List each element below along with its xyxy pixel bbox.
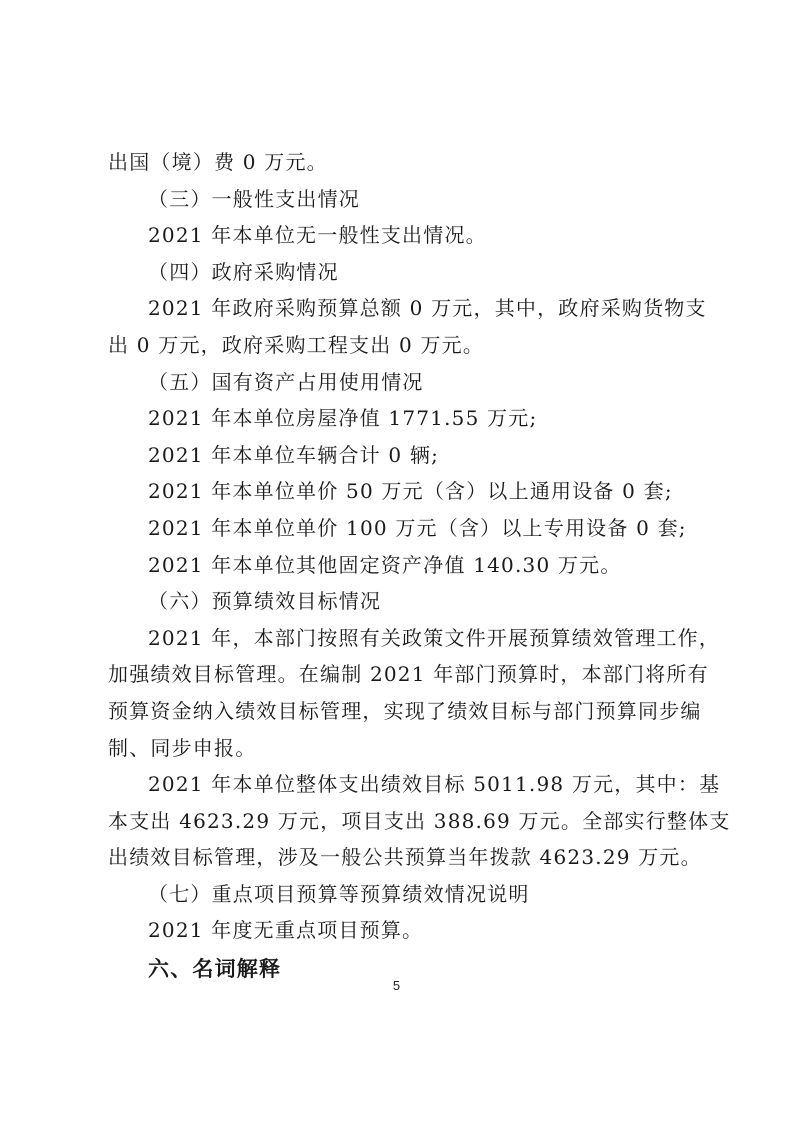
page-number: 5 xyxy=(0,978,793,993)
paragraph-line: 2021 年本单位单价 50 万元（含）以上通用设备 0 套; xyxy=(108,473,696,510)
section-subheading-general-expenditure: （三）一般性支出情况 xyxy=(108,181,696,218)
text-line-continuation: 制、同步申报。 xyxy=(108,730,696,767)
paragraph-line: 2021 年本单位整体支出绩效目标 5011.98 万元，其中：基 xyxy=(108,766,696,803)
section-subheading-state-assets: （五）国有资产占用使用情况 xyxy=(108,364,696,401)
text-line-continuation: 出绩效目标管理，涉及一般公共预算当年拨款 4623.29 万元。 xyxy=(108,839,696,876)
paragraph-line: 2021 年本单位房屋净值 1771.55 万元; xyxy=(108,400,696,437)
paragraph-line: 2021 年政府采购预算总额 0 万元，其中，政府采购货物支 xyxy=(108,290,696,327)
paragraph-line: 2021 年，本部门按照有关政策文件开展预算绩效管理工作， xyxy=(108,620,696,657)
text-line-continuation: 本支出 4623.29 万元，项目支出 388.69 万元。全部实行整体支 xyxy=(108,803,696,840)
paragraph-line: 2021 年本单位无一般性支出情况。 xyxy=(108,217,696,254)
text-line-continuation: 出 0 万元，政府采购工程支出 0 万元。 xyxy=(108,327,696,364)
paragraph-line: 2021 年本单位车辆合计 0 辆; xyxy=(108,437,696,474)
section-subheading-government-procurement: （四）政府采购情况 xyxy=(108,254,696,291)
section-subheading-performance-targets: （六）预算绩效目标情况 xyxy=(108,583,696,620)
text-line-continuation: 加强绩效目标管理。在编制 2021 年部门预算时，本部门将所有 xyxy=(108,656,696,693)
text-line-continuation: 预算资金纳入绩效目标管理，实现了绩效目标与部门预算同步编 xyxy=(108,693,696,730)
section-subheading-key-projects: （七）重点项目预算等预算绩效情况说明 xyxy=(108,876,696,913)
document-page-body: 出国（境）费 0 万元。 （三）一般性支出情况 2021 年本单位无一般性支出情… xyxy=(108,144,696,988)
paragraph-line: 2021 年本单位其他固定资产净值 140.30 万元。 xyxy=(108,547,696,584)
paragraph-line: 2021 年度无重点项目预算。 xyxy=(108,912,696,949)
text-line-continuation: 出国（境）费 0 万元。 xyxy=(108,144,696,181)
paragraph-line: 2021 年本单位单价 100 万元（含）以上专用设备 0 套; xyxy=(108,510,696,547)
